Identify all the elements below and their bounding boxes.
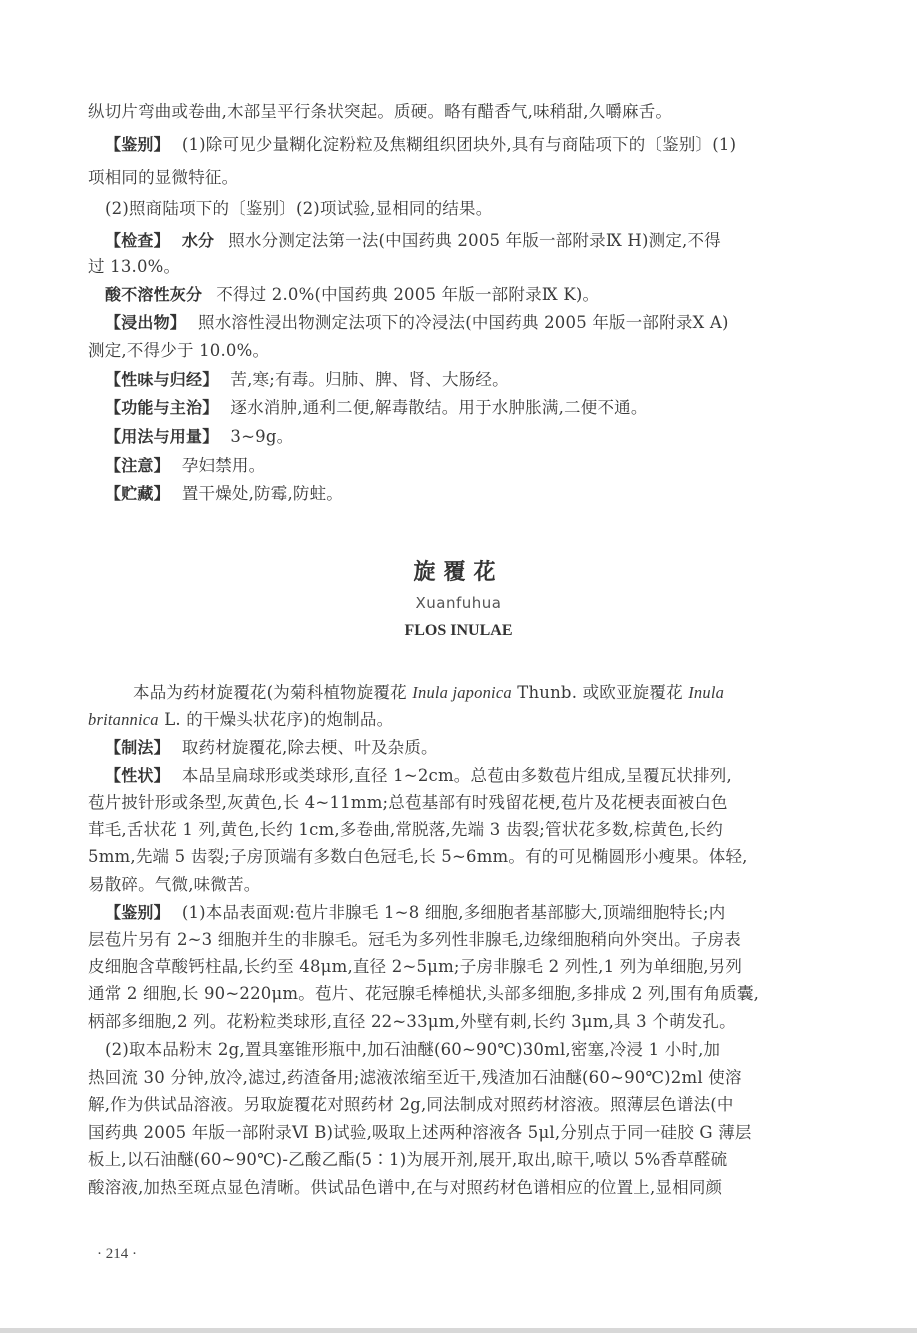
caution-section: 【注意】孕妇禁用。 xyxy=(105,455,845,477)
inspection-section: 【检查】水分照水分测定法第一法(中国药典 2005 年版一部附录Ⅸ H)测定,不… xyxy=(105,230,845,252)
latin-genus: Inula xyxy=(688,683,724,702)
body-text: 本品呈扁球形或类球形,直径 1~2cm。总苞由多数苞片组成,呈覆瓦状排列, xyxy=(182,766,732,785)
body-text: 本品为药材旋覆花(为菊科植物旋覆花 xyxy=(133,683,412,702)
entry-pinyin: Xuanfuhua xyxy=(0,594,917,612)
body-text: (1)除可见少量糊化淀粉粒及焦糊组织团块外,具有与商陆项下的〔鉴别〕(1) xyxy=(182,135,736,154)
section-label: 【注意】 xyxy=(105,456,170,475)
body-text: 逐水消肿,通利二便,解毒散结。用于水肿胀满,二便不通。 xyxy=(230,398,647,417)
section-label: 【制法】 xyxy=(105,738,170,757)
body-line: 易散碎。气微,味微苦。 xyxy=(88,874,828,896)
body-line: (2)照商陆项下的〔鉴别〕(2)项试验,显相同的结果。 xyxy=(105,198,845,220)
body-text: 照水溶性浸出物测定法项下的冷浸法(中国药典 2005 年版一部附录Ⅹ A) xyxy=(198,313,729,332)
sublabel-water: 水分 xyxy=(182,231,214,250)
body-line: (2)取本品粉末 2g,置具塞锥形瓶中,加石油醚(60~90℃)30ml,密塞,… xyxy=(105,1039,845,1061)
body-line: 5mm,先端 5 齿裂;子房顶端有多数白色冠毛,长 5~6mm。有的可见椭圆形小… xyxy=(88,846,828,868)
body-line: 国药典 2005 年版一部附录Ⅵ B)试验,吸取上述两种溶液各 5μl,分别点于… xyxy=(88,1122,828,1144)
body-line: 测定,不得少于 10.0%。 xyxy=(88,340,828,362)
extract-section: 【浸出物】照水溶性浸出物测定法项下的冷浸法(中国药典 2005 年版一部附录Ⅹ … xyxy=(105,312,845,334)
body-text: L. 的干燥头状花序)的炮制品。 xyxy=(159,710,394,729)
intro-line: 本品为药材旋覆花(为菊科植物旋覆花 Inula japonica Thunb. … xyxy=(133,682,873,704)
body-text: 3~9g。 xyxy=(230,427,293,446)
identification-section: 【鉴别】(1)除可见少量糊化淀粉粒及焦糊组织团块外,具有与商陆项下的〔鉴别〕(1… xyxy=(105,134,845,156)
body-line: 热回流 30 分钟,放冷,滤过,药渣备用;滤液浓缩至近干,残渣加石油醚(60~9… xyxy=(88,1067,828,1089)
body-line: 柄部多细胞,2 列。花粉粒类球形,直径 22~33μm,外壁有刺,长约 3μm,… xyxy=(88,1011,828,1033)
page-bottom-edge xyxy=(0,1328,917,1333)
latin-species: britannica xyxy=(88,710,159,729)
section-label: 【浸出物】 xyxy=(105,313,186,332)
document-page: 纵切片弯曲或卷曲,木部呈平行条状突起。质硬。略有醋香气,味稍甜,久嚼麻舌。 【鉴… xyxy=(0,0,917,1333)
section-label: 【性味与归经】 xyxy=(105,370,218,389)
body-text: 不得过 2.0%(中国药典 2005 年版一部附录Ⅸ K)。 xyxy=(216,285,599,304)
body-line: 皮细胞含草酸钙柱晶,长约至 48μm,直径 2~5μm;子房非腺毛 2 列性,1… xyxy=(88,956,828,978)
body-line: 板上,以石油醚(60~90℃)-乙酸乙酯(5∶1)为展开剂,展开,取出,晾干,喷… xyxy=(88,1149,828,1171)
body-line: 茸毛,舌状花 1 列,黄色,长约 1cm,多卷曲,常脱落,先端 3 齿裂;管状花… xyxy=(88,819,828,841)
body-line: 苞片披针形或条型,灰黄色,长 4~11mm;总苞基部有时残留花梗,苞片及花梗表面… xyxy=(88,792,828,814)
body-line: 纵切片弯曲或卷曲,木部呈平行条状突起。质硬。略有醋香气,味稍甜,久嚼麻舌。 xyxy=(88,101,828,123)
section-label: 【用法与用量】 xyxy=(105,427,218,446)
body-line: 解,作为供试品溶液。另取旋覆花对照药材 2g,同法制成对照药材溶液。照薄层色谱法… xyxy=(88,1094,828,1116)
latin-species: Inula japonica xyxy=(412,683,512,702)
body-text: 取药材旋覆花,除去梗、叶及杂质。 xyxy=(182,738,438,757)
body-text: 苦,寒;有毒。归肺、脾、肾、大肠经。 xyxy=(230,370,508,389)
body-line: 酸溶液,加热至斑点显色清晰。供试品色谱中,在与对照药材色谱相应的位置上,显相同颜 xyxy=(88,1177,828,1199)
section-label: 【鉴别】 xyxy=(105,135,170,154)
storage-section: 【贮藏】置干燥处,防霉,防蛀。 xyxy=(105,483,845,505)
section-label: 【性状】 xyxy=(105,766,170,785)
ash-line: 酸不溶性灰分不得过 2.0%(中国药典 2005 年版一部附录Ⅸ K)。 xyxy=(105,284,845,306)
function-section: 【功能与主治】逐水消肿,通利二便,解毒散结。用于水肿胀满,二便不通。 xyxy=(105,397,845,419)
body-text: 置干燥处,防霉,防蛀。 xyxy=(182,484,343,503)
preparation-section: 【制法】取药材旋覆花,除去梗、叶及杂质。 xyxy=(105,737,845,759)
sublabel-ash: 酸不溶性灰分 xyxy=(105,285,202,304)
body-text: 照水分测定法第一法(中国药典 2005 年版一部附录Ⅸ H)测定,不得 xyxy=(228,231,721,250)
intro-line: britannica L. 的干燥头状花序)的炮制品。 xyxy=(88,709,828,731)
dosage-section: 【用法与用量】3~9g。 xyxy=(105,426,845,448)
entry-title: 旋覆花 xyxy=(0,555,917,586)
section-label: 【检查】 xyxy=(105,231,170,250)
body-line: 层苞片另有 2~3 细胞并生的非腺毛。冠毛为多列性非腺毛,边缘细胞稍向外突出。子… xyxy=(88,929,828,951)
body-line: 通常 2 细胞,长 90~220μm。苞片、花冠腺毛棒槌状,头部多细胞,多排成 … xyxy=(88,983,828,1005)
section-label: 【鉴别】 xyxy=(105,903,170,922)
section-label: 【功能与主治】 xyxy=(105,398,218,417)
entry-latin-name: FLOS INULAE xyxy=(0,622,917,640)
body-line: 项相同的显微特征。 xyxy=(88,167,828,189)
nature-section: 【性味与归经】苦,寒;有毒。归肺、脾、肾、大肠经。 xyxy=(105,369,845,391)
body-line: 过 13.0%。 xyxy=(88,256,828,278)
page-number: · 214 · xyxy=(97,1246,137,1263)
body-text: Thunb. 或欧亚旋覆花 xyxy=(512,683,688,702)
body-text: 孕妇禁用。 xyxy=(182,456,266,475)
section-label: 【贮藏】 xyxy=(105,484,170,503)
body-text: (1)本品表面观:苞片非腺毛 1~8 细胞,多细胞者基部膨大,顶端细胞特长;内 xyxy=(182,903,726,922)
description-section: 【性状】本品呈扁球形或类球形,直径 1~2cm。总苞由多数苞片组成,呈覆瓦状排列… xyxy=(105,765,845,787)
identification-section: 【鉴别】(1)本品表面观:苞片非腺毛 1~8 细胞,多细胞者基部膨大,顶端细胞特… xyxy=(105,902,845,924)
